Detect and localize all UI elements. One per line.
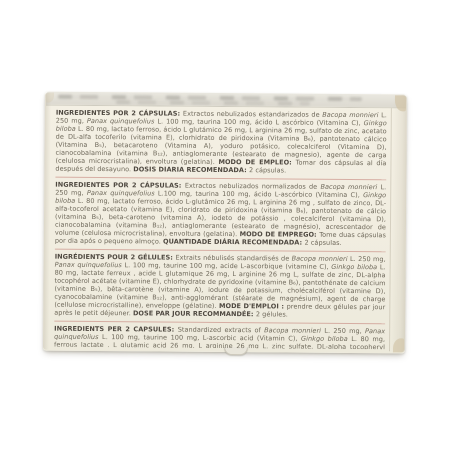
ingredient-text: 2 cápsulas. <box>249 166 286 174</box>
ingredients-paragraph-en: INGREDIENTS PER 2 CAPSULES: Standardized… <box>54 325 385 350</box>
box-left-edge-shading <box>43 93 51 350</box>
product-box: INGREDIENTES POR 2 CÁPSULAS: Extractos n… <box>43 92 407 354</box>
box-right-edge-shading <box>391 95 407 352</box>
product-photo: INGREDIENTES POR 2 CÁPSULAS: Extractos n… <box>0 0 452 452</box>
section-divider <box>54 320 385 324</box>
back-label: INGREDIENTES POR 2 CÁPSULAS: Extractos n… <box>54 109 387 350</box>
ingredients-paragraph-es: INGREDIENTES POR 2 CÁPSULAS: Extractos n… <box>55 109 386 176</box>
box-top-flap <box>46 92 406 109</box>
label-heading-text: DOSE PAR JOUR RECOMMANDÉE: <box>133 309 256 318</box>
flap-showthrough-print <box>116 100 310 106</box>
ingredients-paragraph-pt: INGREDIENTES POR 2 CÁPSULAS: Extractos n… <box>55 181 386 248</box>
label-heading-text: DOSIS DIARIA RECOMENDADA: <box>133 165 249 174</box>
label-heading-text: QUANTIDADE DIÁRIA RECOMENDADA: <box>163 238 305 247</box>
ingredient-text: 2 gélules. <box>256 310 288 318</box>
section-divider <box>55 176 386 180</box>
ingredients-paragraph-fr: INGRÉDIENTS POUR 2 GÉLULES: Extraits néb… <box>54 253 385 320</box>
box-thumb-notch <box>224 347 248 355</box>
box-corner-tab <box>393 338 404 352</box>
ingredients-sections: INGREDIENTES POR 2 CÁPSULAS: Extractos n… <box>54 109 387 350</box>
ingredient-text: 2 cápsulas. <box>304 239 341 247</box>
section-divider <box>55 248 386 252</box>
